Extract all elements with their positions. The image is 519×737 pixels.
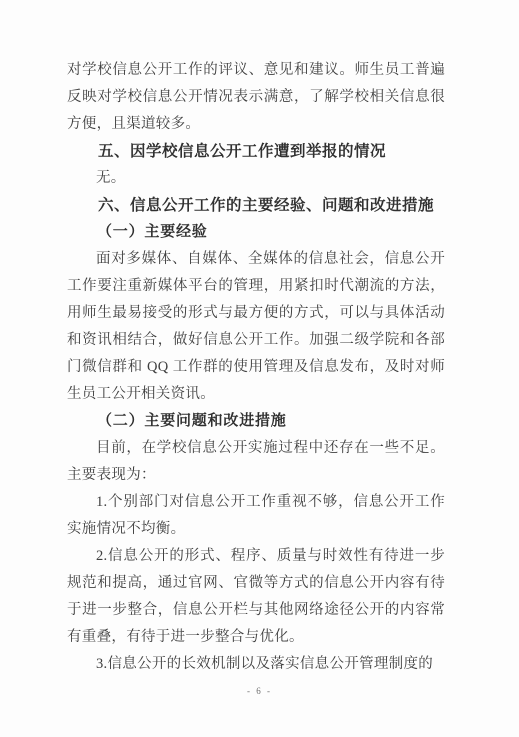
- paragraph: 面对多媒体、自媒体、全媒体的信息社会，信息公开工作要注重新媒体平台的管理，用紧扣…: [67, 246, 445, 408]
- paragraph: 目前，在学校信息公开实施过程中还存在一些不足。主要表现为：: [67, 435, 445, 489]
- paragraph: 无。: [67, 165, 445, 192]
- document-body: 对学校信息公开工作的评议、意见和建议。师生员工普遍反映对学校信息公开情况表示满意…: [67, 57, 445, 678]
- paragraph: 2.信息公开的形式、程序、质量与时效性有待进一步规范和提高，通过官网、官微等方式…: [67, 543, 445, 651]
- heading: 六、信息公开工作的主要经验、问题和改进措施: [67, 192, 445, 219]
- page-number: - 6 -: [0, 686, 519, 696]
- subheading: （二）主要问题和改进措施: [67, 408, 445, 435]
- document-page: 对学校信息公开工作的评议、意见和建议。师生员工普遍反映对学校信息公开情况表示满意…: [0, 0, 519, 737]
- paragraph: 1.个别部门对信息公开工作重视不够，信息公开工作实施情况不均衡。: [67, 489, 445, 543]
- paragraph: 3.信息公开的长效机制以及落实信息公开管理制度的: [67, 651, 445, 678]
- subheading: （一）主要经验: [67, 219, 445, 246]
- heading: 五、因学校信息公开工作遭到举报的情况: [67, 138, 445, 165]
- paragraph: 对学校信息公开工作的评议、意见和建议。师生员工普遍反映对学校信息公开情况表示满意…: [67, 57, 445, 138]
